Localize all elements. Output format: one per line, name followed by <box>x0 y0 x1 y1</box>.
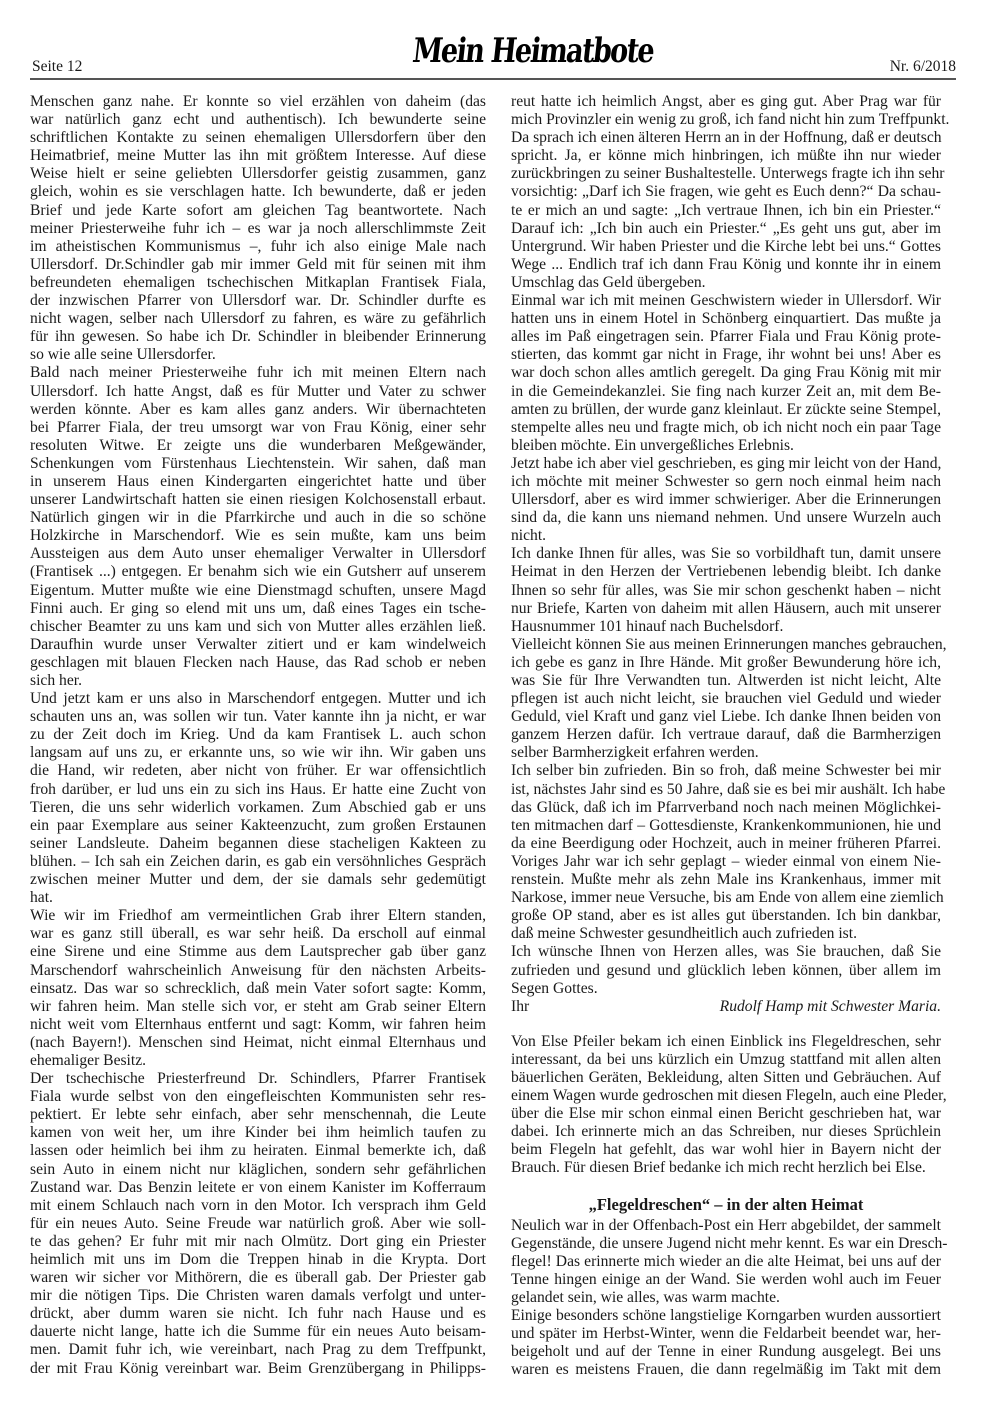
text-line: flegel! Das erinnerte mich wieder an die… <box>511 1253 941 1271</box>
text-line: für ihn gewesen. So habe ich Dr. Schindl… <box>30 328 486 346</box>
editor-note: Von Else Pfeiler bekam ich einen Einblic… <box>511 1033 941 1178</box>
text-line: te das gehen? Er fuhr mit mir nach Olmüt… <box>30 1233 486 1251</box>
text-line: Tieren, die uns sehr widerlich vorkamen.… <box>30 799 486 817</box>
text-line: (nach Bayern!). Menschen sind Heimat, ni… <box>30 1034 486 1052</box>
text-line: drückt, aber dumm waren sie nicht. Ich f… <box>30 1305 486 1323</box>
text-line: war es ganz still überall, es war sehr h… <box>30 925 486 943</box>
text-line: im atheistischen Kommunismus –, fuhr ich… <box>30 238 486 256</box>
paragraph: Und jetzt kam er uns also in Marschendor… <box>30 690 486 907</box>
text-line: Segen Gottes. <box>511 980 941 998</box>
spacer <box>511 1178 941 1195</box>
text-line: befreundeten ehemaligen tschechischen Mi… <box>30 274 486 292</box>
text-line: zwischen meiner Mutter und dem, der sie … <box>30 871 486 889</box>
paragraph: Bald nach meiner Priesterweihe fuhr ich … <box>30 364 486 690</box>
text-line: und später im Herbst-Winter, wenn die Fe… <box>511 1325 941 1343</box>
text-line: Einige besonders schöne langstielige Kor… <box>511 1307 941 1325</box>
text-line: war doch schon alles amtlich geregelt. D… <box>511 364 941 382</box>
text-line: (Frantisek ...) entgegen. Er benahm sich… <box>30 563 486 581</box>
text-line: Und jetzt kam er uns also in Marschendor… <box>30 690 486 708</box>
text-line: mir die nötigen Tips. Die Christen waren… <box>30 1287 486 1305</box>
text-line: das Glück, daß ich im Pfarrverband noch … <box>511 799 941 817</box>
text-line: ich gebe es ganz in Ihre Hände. Mit groß… <box>511 654 941 672</box>
text-line: wir fahren heim. Man stelle sich vor, er… <box>30 998 486 1016</box>
text-line: eine Sirene und eine Stimme aus dem Laut… <box>30 943 486 961</box>
text-line: Ich wünsche Ihnen von Herzen alles, was … <box>511 943 941 961</box>
text-line: amten zu brüllen, der wurde ganz kleinla… <box>511 401 941 419</box>
text-line: dabei. Ich erinnerte mich an das Schreib… <box>511 1123 941 1141</box>
paragraph: Wie wir im Friedhof am vermeintlichen Gr… <box>30 907 486 1070</box>
text-line: alles im Paß eingetragen sein. Pfarrer F… <box>511 328 941 346</box>
header-rule <box>30 78 956 80</box>
text-line: Da sprach ich einen älteren Herrn an in … <box>511 129 941 147</box>
text-line: Umschlag das Geld übergeben. <box>511 274 941 292</box>
text-line: chischer Beamter zu uns kam und sich von… <box>30 618 486 636</box>
text-line: Weise hielt er seine geliebten Ullersdor… <box>30 165 486 183</box>
text-line: ist, nächstes Jahr sind es 50 Jahre, daß… <box>511 781 941 799</box>
text-line: für ein neues Auto. Seine Freude war nat… <box>30 1215 486 1233</box>
text-line: Geduld, viel Kraft und ganz viel Liebe. … <box>511 708 941 726</box>
text-line: der inzwischen Pfarrer von Ullersdorf wa… <box>30 292 486 310</box>
text-line: Jetzt habe ich aber viel geschrieben, es… <box>511 455 941 473</box>
text-line: Zustand war. Das Benzin leitete er von e… <box>30 1179 486 1197</box>
text-line: geschlagen mit blauen Flecken nach Hause… <box>30 654 486 672</box>
text-line: ten mitmachen darf – Gottesdienste, Kran… <box>511 817 941 835</box>
text-line: Wege ... Endlich traf ich dann Frau Köni… <box>511 256 941 274</box>
text-line: Hausnummer 101 hinauf nach Buchelsdorf. <box>511 618 941 636</box>
text-line: vorsichtig: „Darf ich Sie fragen, wie ge… <box>511 183 941 201</box>
paragraph: Der tschechische Priesterfreund Dr. Schi… <box>30 1070 486 1378</box>
text-line: Heimatbrief, meine Mutter las ihn mit gr… <box>30 147 486 165</box>
text-line: Eigentum. Mutter mußte wie eine Dienstma… <box>30 582 486 600</box>
paragraph: Ich wünsche Ihnen von Herzen alles, was … <box>511 943 941 997</box>
text-line: Darauf ich: „Ich bin auch ein Priester.“… <box>511 220 941 238</box>
text-line: te er mich an und sagte: „Ich vertraue I… <box>511 202 941 220</box>
text-line: Ullersdorf. Dr.Schindler gab mir immer G… <box>30 256 486 274</box>
text-line: zurückbringen zu seiner Bushaltestelle. … <box>511 165 941 183</box>
text-line: nicht wagen, selber nach Ullersdorf zu f… <box>30 310 486 328</box>
text-line: bleiben möchte. Ein unvergeßliches Erleb… <box>511 437 941 455</box>
text-line: langsam auf uns zu, er erkannte uns, so … <box>30 744 486 762</box>
signature: Rudolf Hamp mit Schwester Maria. <box>720 998 941 1016</box>
text-line: men. Damit fuhr ich, wie vereinbart, nac… <box>30 1341 486 1359</box>
text-line: einsatz. Das war so schrecklich, daß mei… <box>30 980 486 998</box>
paragraph: Ich selber bin zufrieden. Bin so froh, d… <box>511 762 941 943</box>
text-line: sein Auto in einem nicht nur kläglichen,… <box>30 1161 486 1179</box>
paragraph: Einmal war ich mit meinen Geschwistern w… <box>511 292 941 455</box>
text-line: zufrieden und gesund und glücklich leben… <box>511 962 941 980</box>
text-line: nicht weit vom Elternhaus entfernt und s… <box>30 1016 486 1034</box>
page-header: Seite 12 Mein Heimatbote Nr. 6/2018 <box>30 0 956 82</box>
text-line: in die Gemeindekanzlei. Sie fing nach ku… <box>511 383 941 401</box>
article-paragraph: Neulich war in der Offenbach-Post ein He… <box>511 1217 941 1307</box>
text-line: Voriges Jahr war ich sehr geplagt – wied… <box>511 853 941 871</box>
text-line: schauten uns an, was sollen wir tun. Vat… <box>30 708 486 726</box>
paragraph: Menschen ganz nahe. Er konnte so viel er… <box>30 93 486 364</box>
text-line: sich her. <box>30 672 486 690</box>
text-line: Narkose, immer neue Versuche, bis am End… <box>511 889 941 907</box>
text-line: spricht. Ja, er könne mich hinbringen, i… <box>511 147 941 165</box>
text-line: stierten, das kommt gar nicht in Frage, … <box>511 346 941 364</box>
text-line: kamen von weit her, um ihre Kinder bei i… <box>30 1124 486 1142</box>
text-line: nur Briefe, Karten von daheim mit allen … <box>511 600 941 618</box>
text-line: in unserem Haus einen Kindergarten einge… <box>30 473 486 491</box>
text-line: pektiert. Er lebte sehr einfach, aber se… <box>30 1106 486 1124</box>
text-line: da eine Beerdigung oder Hochzeit, auch i… <box>511 835 941 853</box>
text-line: beim Flegeln hat gefehlt, das war wohl h… <box>511 1141 941 1159</box>
text-line: renstein. Mußte mehr als zehn Male ins K… <box>511 871 941 889</box>
text-line: hat. <box>30 889 486 907</box>
text-line: werden könnte. Aber es kam alles ganz an… <box>30 401 486 419</box>
text-line: war natürlich ganz echt und authentisch)… <box>30 111 486 129</box>
spacer <box>511 1016 941 1033</box>
page-number: Seite 12 <box>32 58 82 76</box>
text-line: Finni auch. Er ging so elend mit uns um,… <box>30 600 486 618</box>
text-line: heimlich mit uns im Dom die Treppen hina… <box>30 1251 486 1269</box>
letter-signoff: IhrRudolf Hamp mit Schwester Maria. <box>511 998 941 1016</box>
text-line: Marschendorf wahrscheinlich Anweisung fü… <box>30 962 486 980</box>
text-line: ich möchte mit meiner Schwester so gern … <box>511 473 941 491</box>
text-line: selber Barmherzigkeit erfahren werden. <box>511 744 941 762</box>
text-line: resoluten Witwe. Er zeigte uns die wunde… <box>30 437 486 455</box>
text-line: dauerte nicht lange, hatte ich die Summe… <box>30 1323 486 1341</box>
text-line: Schenkungen vom Fürstenhaus Liechtenstei… <box>30 455 486 473</box>
text-line: Menschen ganz nahe. Er konnte so viel er… <box>30 93 486 111</box>
text-line: Aussteigen aus dem Auto unser ehemaliger… <box>30 545 486 563</box>
paragraph: Vielleicht können Sie aus meinen Erinner… <box>511 636 941 763</box>
article-paragraph: Einige besonders schöne langstielige Kor… <box>511 1307 941 1379</box>
text-line: Vielleicht können Sie aus meinen Erinner… <box>511 636 941 654</box>
paragraph: Ich danke Ihnen für alles, was Sie so vo… <box>511 545 941 635</box>
text-line: Ich selber bin zufrieden. Bin so froh, d… <box>511 762 941 780</box>
text-line: mit einem Schlauch nach vorn in den Moto… <box>30 1197 486 1215</box>
text-line: blühen. – Ich sah ein Zeichen darin, es … <box>30 853 486 871</box>
text-line: ehemaliger Besitz. <box>30 1052 486 1070</box>
text-line: reut hatte ich heimlich Angst, aber es g… <box>511 93 941 111</box>
text-line: einem Wagen wurde gedroschen mit diesen … <box>511 1087 941 1105</box>
text-line: ganzem Herzen dafür. Ich vertraue darauf… <box>511 726 941 744</box>
text-line: was Sie für Ihre Verwandten tun. Altwerd… <box>511 672 941 690</box>
right-column: reut hatte ich heimlich Angst, aber es g… <box>511 93 941 1379</box>
text-line: nicht. <box>511 527 941 545</box>
text-line: froh darüber, er lud uns ein zu sich ins… <box>30 781 486 799</box>
text-line: beigeholt und auf der Tenne in einer Run… <box>511 1343 941 1361</box>
text-line: waren es meistens Frauen, die dann regel… <box>511 1361 941 1379</box>
text-line: Der tschechische Priesterfreund Dr. Schi… <box>30 1070 486 1088</box>
closing-text: Ihr <box>511 998 529 1016</box>
text-line: pflegen ist auch nicht leicht, sie brauc… <box>511 690 941 708</box>
paragraph: Jetzt habe ich aber viel geschrieben, es… <box>511 455 941 545</box>
text-line: schriftlichen Kontakte zu seinen ehemali… <box>30 129 486 147</box>
text-line: ein paar Exemplare aus seiner Kakteenzuc… <box>30 817 486 835</box>
text-line: gleich, wohin es sie verschlagen hatte. … <box>30 183 486 201</box>
text-line: Gegenstände, die unsere Jugend nicht meh… <box>511 1235 941 1253</box>
text-line: bäuerlichen Geräten, Bekleidung, alten S… <box>511 1069 941 1087</box>
text-line: Wie wir im Friedhof am vermeintlichen Gr… <box>30 907 486 925</box>
text-line: Untergrund. Wir haben Priester und die K… <box>511 238 941 256</box>
text-line: Einmal war ich mit meinen Geschwistern w… <box>511 292 941 310</box>
text-line: so wie alle seine Ullersdorfer. <box>30 346 486 364</box>
masthead-logo: Mein Heimatbote <box>411 32 595 71</box>
text-line: waren wir sicher vor Mithörern, die es ü… <box>30 1269 486 1287</box>
text-line: Brief und jede Karte sofort am gleichen … <box>30 202 486 220</box>
text-line: Ullersdorf. Ich hatte Angst, daß es für … <box>30 383 486 401</box>
text-line: über die Else mir schon einmal einen Ber… <box>511 1105 941 1123</box>
text-line: lassen oder heimlich bei ihm zu heiraten… <box>30 1142 486 1160</box>
issue-number: Nr. 6/2018 <box>890 58 956 76</box>
text-line: mich Provinzler ein wenig zu groß, ich f… <box>511 111 941 129</box>
text-line: bei Pfarrer Fiala, der treu umsorgt war … <box>30 419 486 437</box>
text-line: Ihnen so sehr für alles, was Sie mir sch… <box>511 582 941 600</box>
text-line: unserer Landwirtschaft hatten sie einen … <box>30 491 486 509</box>
text-line: Tenne hingen einige an der Wand. Sie wer… <box>511 1271 941 1289</box>
text-line: große OP stand, aber es ist alles gut üb… <box>511 907 941 925</box>
text-line: Ullersdorf, aber es wird immer schwierig… <box>511 491 941 509</box>
text-line: stempelte alles neu und fragte mich, ob … <box>511 419 941 437</box>
text-line: sind da, die kann uns niemand nehmen. Un… <box>511 509 941 527</box>
text-line: Fiala wurde selbst von den eingefleischt… <box>30 1088 486 1106</box>
text-line: daß meine Schwester gesundheitlich auch … <box>511 925 941 943</box>
text-line: Von Else Pfeiler bekam ich einen Einblic… <box>511 1033 941 1051</box>
text-line: Bald nach meiner Priesterweihe fuhr ich … <box>30 364 486 382</box>
text-line: Daraufhin wurde unser Verwalter zitiert … <box>30 636 486 654</box>
text-line: Neulich war in der Offenbach-Post ein He… <box>511 1217 941 1235</box>
text-line: Holzkirche in Marschendorf. Wie es sein … <box>30 527 486 545</box>
text-line: interessant, da bei uns kürzlich ein Umz… <box>511 1051 941 1069</box>
text-line: die Hand, wir redeten, aber nicht von fr… <box>30 762 486 780</box>
text-line: seiner Landsleute. Daheim begannen diese… <box>30 835 486 853</box>
text-line: hatten uns in einem Hotel in Schönberg e… <box>511 310 941 328</box>
text-line: Brauch. Für diesen Brief bedanke ich mic… <box>511 1159 941 1177</box>
text-line: zu der Zeit doch im Krieg. Und da kam Fr… <box>30 726 486 744</box>
text-line: der mit Frau König vereinbart war. Beim … <box>30 1360 486 1378</box>
text-line: gelandet sein, wie alles, was warm macht… <box>511 1289 941 1307</box>
article-title: „Flegeldreschen“ – in der alten Heimat <box>511 1195 941 1217</box>
left-column: Menschen ganz nahe. Er konnte so viel er… <box>30 93 486 1378</box>
text-line: Natürlich gingen wir in die Pfarrkirche … <box>30 509 486 527</box>
text-line: Ich danke Ihnen für alles, was Sie so vo… <box>511 545 941 563</box>
paragraph: reut hatte ich heimlich Angst, aber es g… <box>511 93 941 292</box>
text-line: Heimat in den Herzen der Vertriebenen le… <box>511 563 941 581</box>
text-line: meiner Priesterweihe fuhr ich – es war j… <box>30 220 486 238</box>
